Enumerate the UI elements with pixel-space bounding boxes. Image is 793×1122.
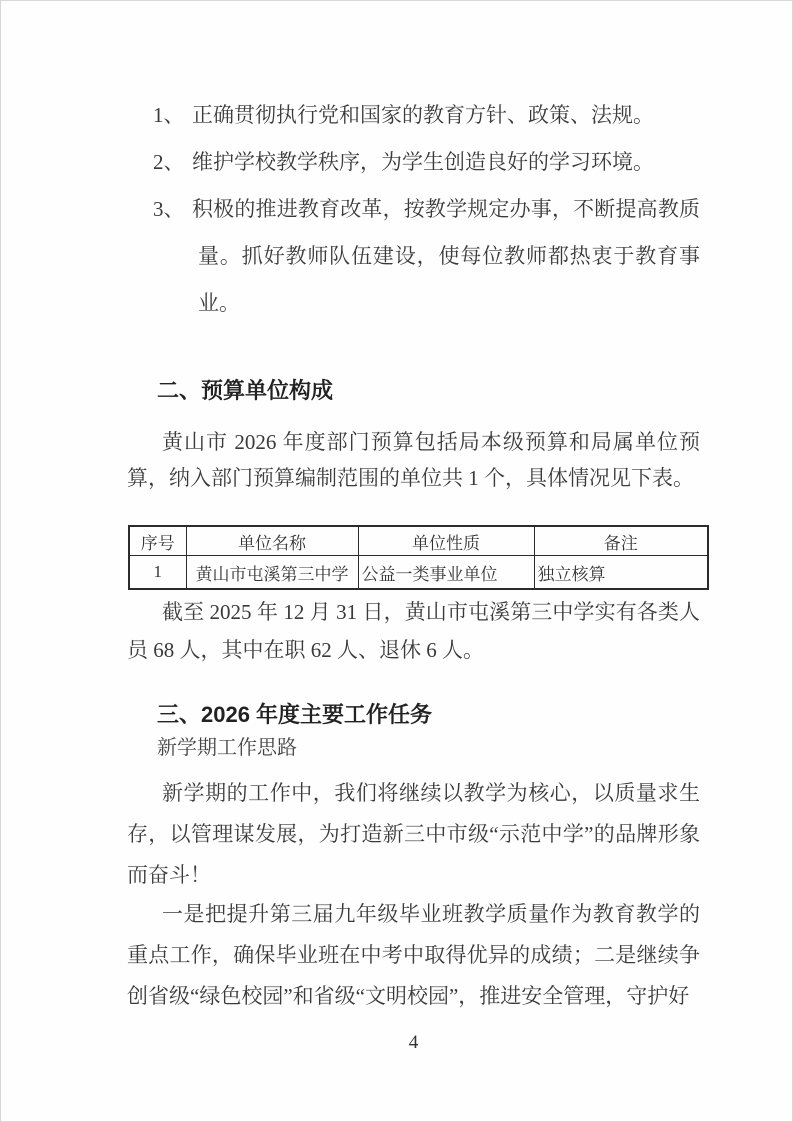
list-item-text: 正确贯彻执行党和国家的教育方针、政策、法规。 — [192, 103, 654, 127]
table-header-type: 单位性质 — [358, 526, 534, 556]
subheading-new-term: 新学期工作思路 — [127, 730, 700, 766]
paragraph-key-tasks: 一是把提升第三届九年级毕业班教学质量作为教育教学的重点工作，确保毕业班在中考中取… — [127, 894, 700, 1017]
budget-units-table: 序号 单位名称 单位性质 备注 1 黄山市屯溪第三中学 公益一类事业单位 独立核… — [128, 525, 709, 590]
document-content: 1、正确贯彻执行党和国家的教育方针、政策、法规。 2、维护学校教学秩序，为学生创… — [127, 92, 700, 1053]
list-item-number: 2、 — [153, 139, 185, 186]
table-row: 1 黄山市屯溪第三中学 公益一类事业单位 独立核算 — [129, 556, 708, 590]
list-item: 1、正确贯彻执行党和国家的教育方针、政策、法规。 — [127, 92, 700, 139]
table-header-seq: 序号 — [129, 526, 186, 556]
list-item-text: 积极的推进教育改革，按教学规定办事，不断提高教质量。抓好教师队伍建设，使每位教师… — [192, 197, 700, 315]
page-number: 4 — [127, 1033, 700, 1053]
paragraph-new-term-plan: 新学期的工作中，我们将继续以教学为核心，以质量求生存，以管理谋发展，为打造新三中… — [127, 773, 700, 896]
budget-intro-paragraph: 黄山市 2026 年度部门预算包括局本级预算和局属单位预算，纳入部门预算编制范围… — [127, 424, 700, 496]
list-item-number: 1、 — [153, 92, 185, 139]
table-header-note: 备注 — [534, 526, 708, 556]
staffing-paragraph: 截至 2025 年 12 月 31 日，黄山市屯溪第三中学实有各类人员 68 人… — [127, 593, 700, 669]
table-cell-note: 独立核算 — [534, 556, 708, 590]
duties-list: 1、正确贯彻执行党和国家的教育方针、政策、法规。 2、维护学校教学秩序，为学生创… — [127, 92, 700, 327]
list-item-text: 维护学校教学秩序，为学生创造良好的学习环境。 — [192, 150, 654, 174]
table-cell-name: 黄山市屯溪第三中学 — [186, 556, 358, 590]
section-heading-work-tasks: 三、2026 年度主要工作任务 — [127, 700, 700, 730]
table-cell-seq: 1 — [129, 556, 186, 590]
list-item: 3、积极的推进教育改革，按教学规定办事，不断提高教质量。抓好教师队伍建设，使每位… — [127, 186, 700, 327]
table-header-row: 序号 单位名称 单位性质 备注 — [129, 526, 708, 556]
document-page: 1、正确贯彻执行党和国家的教育方针、政策、法规。 2、维护学校教学秩序，为学生创… — [0, 0, 793, 1122]
list-item: 2、维护学校教学秩序，为学生创造良好的学习环境。 — [127, 139, 700, 186]
list-item-number: 3、 — [153, 186, 185, 233]
section-heading-budget-units: 二、预算单位构成 — [127, 376, 700, 406]
table-cell-type: 公益一类事业单位 — [358, 556, 534, 590]
table-header-name: 单位名称 — [186, 526, 358, 556]
